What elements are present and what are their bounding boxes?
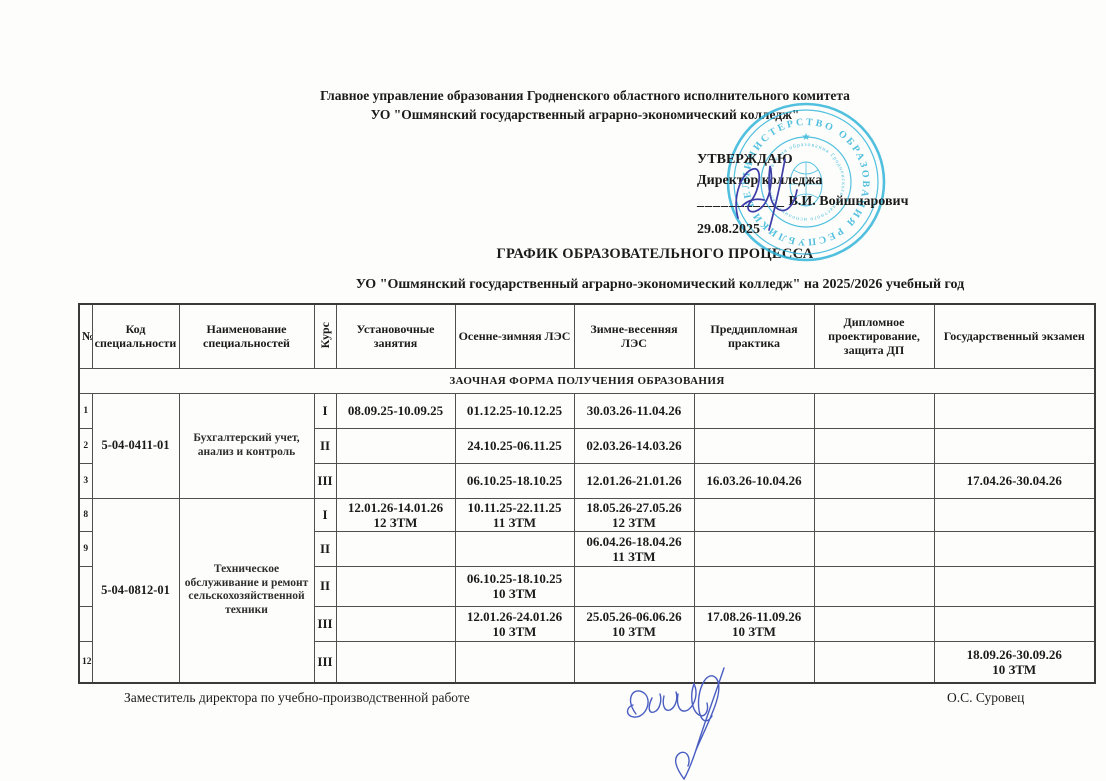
cell-state-exam <box>934 606 1095 641</box>
cell-num: 12 <box>79 641 92 683</box>
footer-person-name: О.С. Суровец <box>947 690 1024 706</box>
col-header-practice: Преддипломная практика <box>694 304 814 368</box>
cell-diploma <box>814 531 934 566</box>
cell-specialty-code: 5-04-0812-01 <box>92 498 179 683</box>
cell-practice <box>694 498 814 531</box>
col-header-code: Код специальности <box>92 304 179 368</box>
cell-autumn: 06.10.25-18.10.25 10 ЗТМ <box>455 566 574 606</box>
cell-state-exam: 18.09.26-30.09.26 10 ЗТМ <box>934 641 1095 683</box>
cell-num: 9 <box>79 531 92 566</box>
section-row: ЗАОЧНАЯ ФОРМА ПОЛУЧЕНИЯ ОБРАЗОВАНИЯ <box>79 368 1095 393</box>
col-header-spring: Зимне-весенняя ЛЭС <box>574 304 694 368</box>
org-header: Главное управление образования Гродненск… <box>65 86 1105 124</box>
cell-practice <box>694 428 814 463</box>
cell-practice: 17.08.26-11.09.26 10 ЗТМ <box>694 606 814 641</box>
cell-num: 2 <box>79 428 92 463</box>
cell-course: II <box>314 428 336 463</box>
director-signature <box>728 156 832 234</box>
cell-setup <box>336 428 455 463</box>
cell-autumn: 24.10.25-06.11.25 <box>455 428 574 463</box>
col-header-name: Наименование специальностей <box>179 304 314 368</box>
table-row: 1 5-04-0411-01 Бухгалтерский учет, анали… <box>79 393 1095 428</box>
cell-setup <box>336 606 455 641</box>
cell-practice: 16.03.26-10.04.26 <box>694 463 814 498</box>
cell-autumn <box>455 641 574 683</box>
cell-spring <box>574 566 694 606</box>
cell-diploma <box>814 393 934 428</box>
col-header-state-exam: Государственный экзамен <box>934 304 1095 368</box>
header-row: № Код специальности Наименование специал… <box>79 304 1095 368</box>
cell-state-exam <box>934 393 1095 428</box>
cell-autumn: 06.10.25-18.10.25 <box>455 463 574 498</box>
cell-specialty-name: Техническое обслуживание и ремонт сельск… <box>179 498 314 683</box>
cell-course: I <box>314 498 336 531</box>
section-title: ЗАОЧНАЯ ФОРМА ПОЛУЧЕНИЯ ОБРАЗОВАНИЯ <box>79 368 1095 393</box>
col-header-num: № <box>79 304 92 368</box>
cell-autumn: 10.11.25-22.11.25 11 ЗТМ <box>455 498 574 531</box>
cell-diploma <box>814 428 934 463</box>
col-header-course-label: Курс <box>318 322 332 348</box>
cell-state-exam <box>934 566 1095 606</box>
cell-state-exam <box>934 498 1095 531</box>
cell-course: I <box>314 393 336 428</box>
document-title: ГРАФИК ОБРАЗОВАТЕЛЬНОГО ПРОЦЕССА <box>200 246 1106 263</box>
footer-signature <box>606 662 778 781</box>
cell-diploma <box>814 498 934 531</box>
col-header-course: Курс <box>314 304 336 368</box>
col-header-setup: Установочные занятия <box>336 304 455 368</box>
cell-diploma <box>814 463 934 498</box>
cell-course: III <box>314 641 336 683</box>
cell-setup <box>336 531 455 566</box>
cell-course: III <box>314 606 336 641</box>
cell-diploma <box>814 606 934 641</box>
org-line-2: УО "Ошмянский государственный аграрно-эк… <box>65 105 1105 124</box>
cell-spring: 25.05.26-06.06.26 10 ЗТМ <box>574 606 694 641</box>
cell-state-exam <box>934 531 1095 566</box>
cell-setup <box>336 566 455 606</box>
schedule-table: № Код специальности Наименование специал… <box>78 303 1096 684</box>
cell-autumn: 12.01.26-24.01.26 10 ЗТМ <box>455 606 574 641</box>
cell-practice <box>694 393 814 428</box>
cell-diploma <box>814 641 934 683</box>
cell-spring: 18.05.26-27.05.26 12 ЗТМ <box>574 498 694 531</box>
cell-setup <box>336 641 455 683</box>
cell-num: 3 <box>79 463 92 498</box>
cell-num <box>79 606 92 641</box>
cell-autumn <box>455 531 574 566</box>
cell-spring: 12.01.26-21.01.26 <box>574 463 694 498</box>
cell-state-exam <box>934 428 1095 463</box>
cell-specialty-name: Бухгалтерский учет, анализ и контроль <box>179 393 314 498</box>
cell-diploma <box>814 566 934 606</box>
cell-practice <box>694 531 814 566</box>
document-subtitle: УО "Ошмянский государственный аграрно-эк… <box>205 277 1106 293</box>
cell-spring: 02.03.26-14.03.26 <box>574 428 694 463</box>
cell-state-exam: 17.04.26-30.04.26 <box>934 463 1095 498</box>
org-line-1: Главное управление образования Гродненск… <box>65 86 1105 105</box>
col-header-autumn: Осенне-зимняя ЛЭС <box>455 304 574 368</box>
cell-course: III <box>314 463 336 498</box>
document-page: Главное управление образования Гродненск… <box>0 0 1106 781</box>
cell-num: 1 <box>79 393 92 428</box>
cell-setup: 12.01.26-14.01.26 12 ЗТМ <box>336 498 455 531</box>
cell-course: II <box>314 566 336 606</box>
stamp-star: ★ <box>802 132 811 143</box>
footer-position-title: Заместитель директора по учебно-производ… <box>124 690 470 706</box>
cell-num <box>79 566 92 606</box>
table-row: 8 5-04-0812-01 Техническое обслуживание … <box>79 498 1095 531</box>
cell-course: II <box>314 531 336 566</box>
cell-setup: 08.09.25-10.09.25 <box>336 393 455 428</box>
cell-specialty-code: 5-04-0411-01 <box>92 393 179 498</box>
col-header-diploma: Дипломное проектирование, защита ДП <box>814 304 934 368</box>
cell-setup <box>336 463 455 498</box>
cell-practice <box>694 566 814 606</box>
cell-autumn: 01.12.25-10.12.25 <box>455 393 574 428</box>
cell-num: 8 <box>79 498 92 531</box>
cell-spring: 30.03.26-11.04.26 <box>574 393 694 428</box>
cell-spring: 06.04.26-18.04.26 11 ЗТМ <box>574 531 694 566</box>
